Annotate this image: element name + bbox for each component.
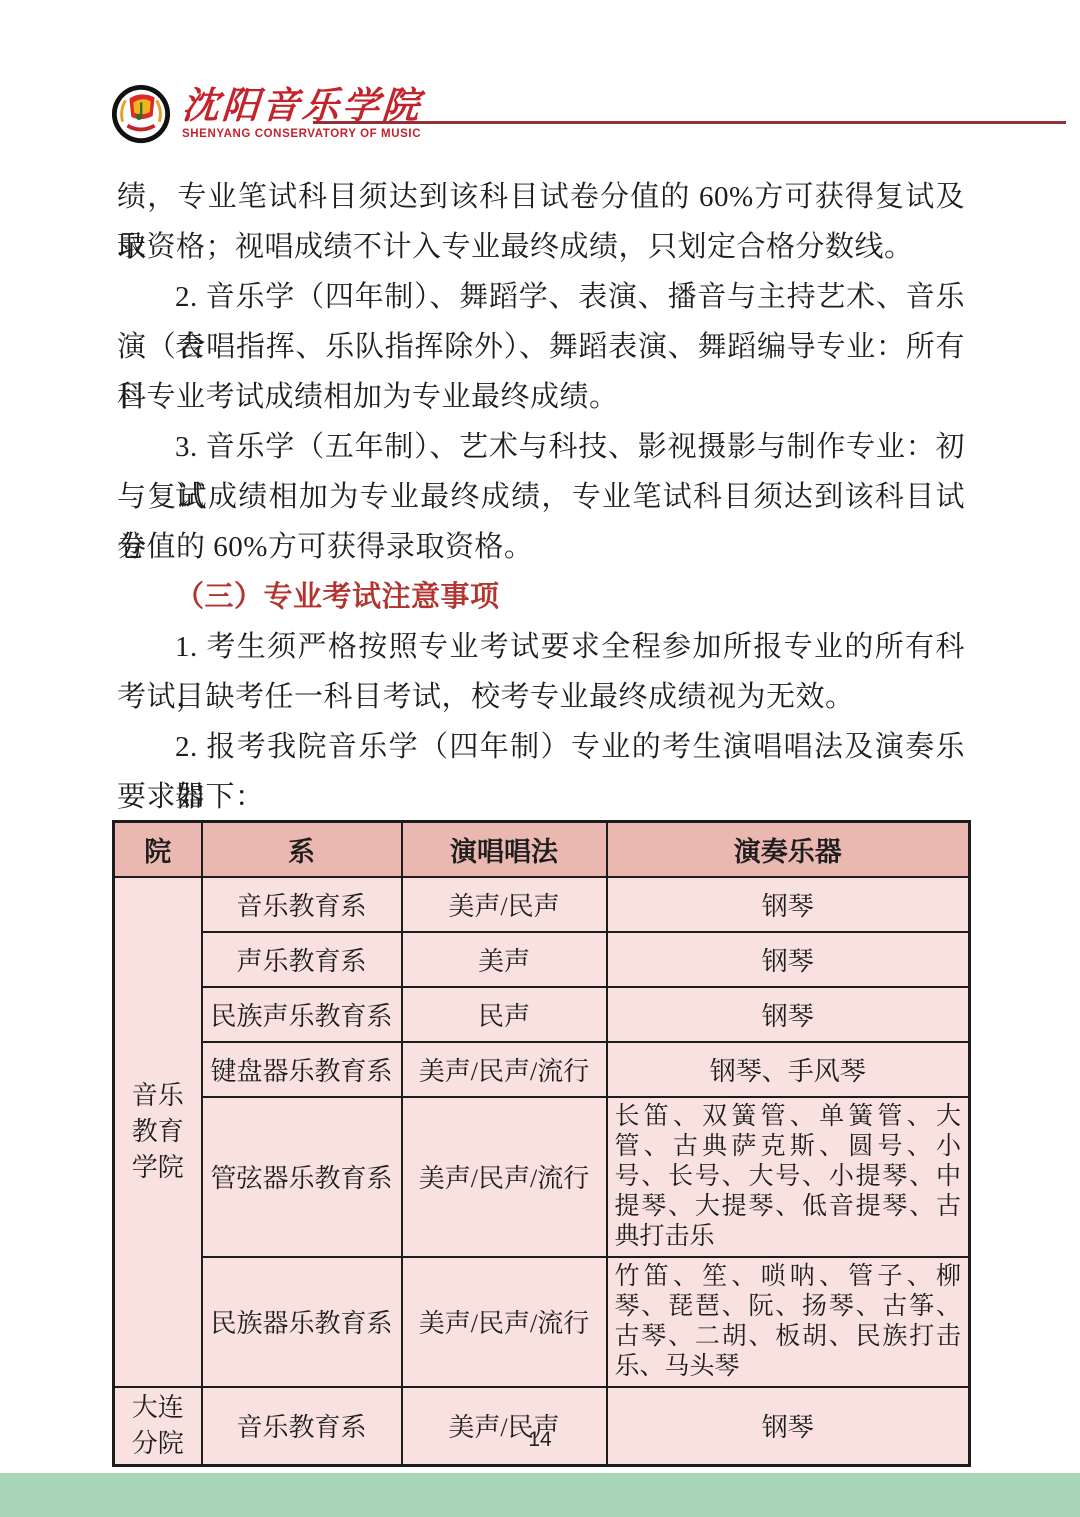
table-row: 民族器乐教育系美声/民声/流行竹笛、笙、唢呐、管子、柳琴、琵琶、阮、扬琴、古筝、… (114, 1257, 970, 1387)
department-cell: 音乐教育系 (202, 877, 402, 932)
body-line: 考试，缺考任一科目考试，校考专业最终成绩视为无效。 (117, 672, 965, 722)
body-line: 绩，专业笔试科目须达到该科目试卷分值的 60%方可获得复试及录 (117, 172, 965, 222)
logo-subtitle: SHENYANG CONSERVATORY OF MUSIC (182, 128, 422, 140)
table-row: 大连分院音乐教育系美声/民声钢琴 (114, 1387, 970, 1466)
table-row: 键盘器乐教育系美声/民声/流行钢琴、手风琴 (114, 1042, 970, 1097)
department-cell: 管弦器乐教育系 (202, 1097, 402, 1257)
instruments-cell: 长笛、双簧管、单簧管、大管、古典萨克斯、圆号、小号、长号、大号、小提琴、中提琴、… (607, 1097, 970, 1257)
instruments-cell: 钢琴 (607, 987, 970, 1042)
section-heading: （三）专业考试注意事项 (117, 572, 965, 622)
instruments-cell: 钢琴 (607, 932, 970, 987)
requirements-table: 院系演唱唱法演奏乐器 音乐教育学院音乐教育系美声/民声钢琴声乐教育系美声钢琴民族… (112, 820, 971, 1467)
footer-bar (0, 1473, 1080, 1517)
department-cell: 民族声乐教育系 (202, 987, 402, 1042)
body-line: 要求如下： (117, 772, 965, 822)
vocal-cell: 美声/民声/流行 (402, 1257, 607, 1387)
instruments-cell: 竹笛、笙、唢呐、管子、柳琴、琵琶、阮、扬琴、古筝、古琴、二胡、板胡、民族打击乐、… (607, 1257, 970, 1387)
body-line: 1. 考生须严格按照专业考试要求全程参加所报专业的所有科目 (117, 622, 965, 672)
body-text: 绩，专业笔试科目须达到该科目试卷分值的 60%方可获得复试及录取资格；视唱成绩不… (117, 172, 965, 822)
instruments-cell: 钢琴 (607, 877, 970, 932)
body-line: 取资格；视唱成绩不计入专业最终成绩，只划定合格分数线。 (117, 222, 965, 272)
body-line: 与复试成绩相加为专业最终成绩，专业笔试科目须达到该科目试卷 (117, 472, 965, 522)
table-body: 音乐教育学院音乐教育系美声/民声钢琴声乐教育系美声钢琴民族声乐教育系民声钢琴键盘… (114, 877, 970, 1466)
table-header-cell: 演奏乐器 (607, 822, 970, 877)
body-line: 3. 音乐学（五年制）、艺术与科技、影视摄影与制作专业：初试 (117, 422, 965, 472)
table-header-cell: 演唱唱法 (402, 822, 607, 877)
table-row: 音乐教育学院音乐教育系美声/民声钢琴 (114, 877, 970, 932)
conservatory-emblem-icon (110, 83, 172, 145)
table-row: 管弦器乐教育系美声/民声/流行长笛、双簧管、单簧管、大管、古典萨克斯、圆号、小号… (114, 1097, 970, 1257)
vocal-cell: 美声 (402, 932, 607, 987)
table-header-row: 院系演唱唱法演奏乐器 (114, 822, 970, 877)
header: 沈阳音乐学院 SHENYANG CONSERVATORY OF MUSIC (110, 82, 422, 146)
body-line: 2. 音乐学（四年制）、舞蹈学、表演、播音与主持艺术、音乐表 (117, 272, 965, 322)
body-line: 演（合唱指挥、乐队指挥除外）、舞蹈表演、舞蹈编导专业：所有科 (117, 322, 965, 372)
table-header-cell: 系 (202, 822, 402, 877)
college-cell: 音乐教育学院 (114, 877, 202, 1387)
document-page: 沈阳音乐学院 SHENYANG CONSERVATORY OF MUSIC 绩，… (0, 0, 1080, 1517)
table-row: 民族声乐教育系民声钢琴 (114, 987, 970, 1042)
vocal-cell: 美声/民声/流行 (402, 1042, 607, 1097)
department-cell: 民族器乐教育系 (202, 1257, 402, 1387)
body-line: 分值的 60%方可获得录取资格。 (117, 522, 965, 572)
vocal-cell: 民声 (402, 987, 607, 1042)
logo-text: 沈阳音乐学院 SHENYANG CONSERVATORY OF MUSIC (182, 88, 422, 140)
body-line: 2. 报考我院音乐学（四年制）专业的考生演唱唱法及演奏乐器 (117, 722, 965, 772)
page-number: 14 (0, 1428, 1080, 1452)
vocal-cell: 美声/民声 (402, 877, 607, 932)
instruments-cell: 钢琴 (607, 1387, 970, 1466)
department-cell: 键盘器乐教育系 (202, 1042, 402, 1097)
header-rule (313, 121, 1066, 124)
department-cell: 声乐教育系 (202, 932, 402, 987)
table-row: 声乐教育系美声钢琴 (114, 932, 970, 987)
table-header-cell: 院 (114, 822, 202, 877)
vocal-cell: 美声/民声 (402, 1387, 607, 1466)
college-cell: 大连分院 (114, 1387, 202, 1466)
vocal-cell: 美声/民声/流行 (402, 1097, 607, 1257)
department-cell: 音乐教育系 (202, 1387, 402, 1466)
body-line: 目专业考试成绩相加为专业最终成绩。 (117, 372, 965, 422)
instruments-cell: 钢琴、手风琴 (607, 1042, 970, 1097)
